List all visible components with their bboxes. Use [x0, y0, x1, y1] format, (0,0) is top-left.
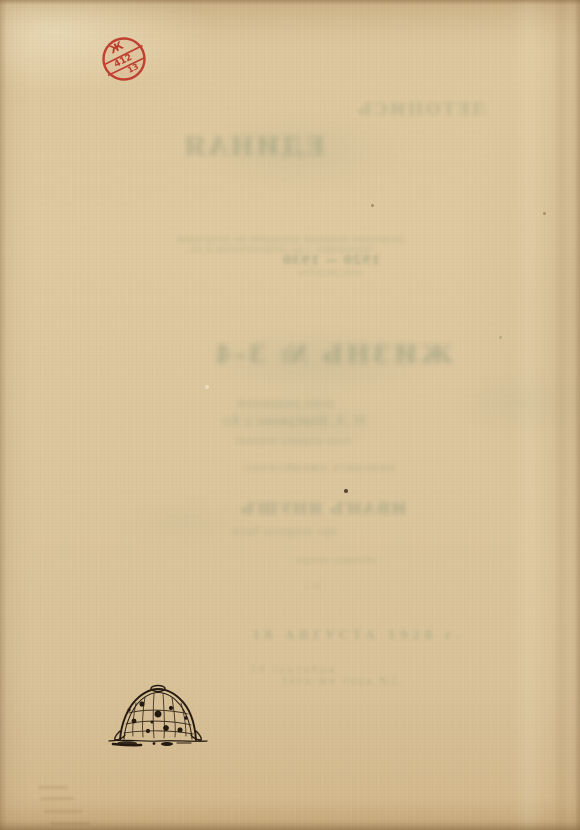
ghost-text-line: того-же года №2.	[282, 676, 404, 687]
ghost-text-line: Н. А. Барсукова и Ко	[222, 414, 366, 429]
ghost-smudge-dash	[40, 797, 74, 800]
tortoise-vignette-graphic	[107, 683, 209, 757]
ghost-text-line: ИВАНЪ ЯНУШЪ	[240, 499, 406, 518]
ghost-text-line: выходитъ ежемѣсячно	[244, 461, 394, 474]
paper-streak-light	[512, 0, 546, 830]
library-stamp: Ж 412 13	[101, 35, 148, 84]
tortoise-vignette-illustration	[107, 683, 209, 757]
foxing-speck	[543, 212, 546, 215]
ghost-smudge-dash	[38, 786, 68, 789]
paper-streak-dark	[552, 0, 570, 830]
foxing-speck	[499, 336, 502, 339]
ghost-text-line: № 1	[304, 582, 320, 592]
ghost-text-line: дозволено военною цензурою къ печатанію	[176, 235, 404, 245]
ghost-text-line: обложка автора	[296, 555, 376, 566]
ghost-text-line: ЕДИНАЯ	[182, 132, 325, 161]
ghost-text-line: подъ редакціей	[236, 396, 334, 410]
ghost-smudge-dash	[50, 822, 90, 825]
ghost-text-line: цена два рубля	[298, 268, 362, 277]
ghost-title-line: ЖИЗНЬ № 3-4	[212, 340, 453, 369]
paper-fleck	[205, 385, 209, 389]
stamp-graphic: Ж 412 13	[101, 35, 148, 84]
ghost-text-line: 19 сентября	[250, 665, 337, 676]
scanned-page: Ж 412 13 ЛЕТОПИСЬ ЕДИНАЯ дозволено военн…	[0, 0, 580, 830]
ghost-text-line: ЛЕТОПИСЬ	[356, 100, 487, 120]
ghost-text-line: 18 АВГУСТА 1928 г.	[252, 628, 464, 642]
ghost-text-line: про вопросы быта	[232, 525, 337, 538]
ghost-text-line: годъ изданія первый	[236, 435, 351, 447]
ink-speck	[344, 489, 348, 493]
ghost-text-line: 1920 — 1930	[282, 253, 380, 267]
foxing-speck	[371, 204, 374, 207]
ghost-smudge-dash	[44, 810, 82, 813]
